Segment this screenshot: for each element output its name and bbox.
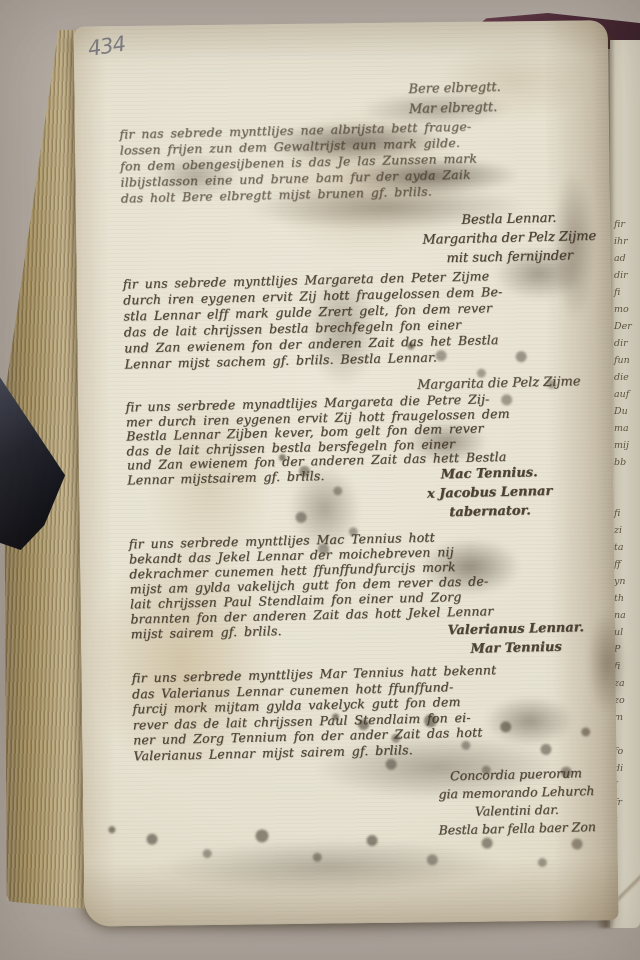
text-line: ma: [614, 420, 640, 437]
text-line: ad: [614, 250, 640, 267]
manuscript-text: Bere elbregtt.Mar elbregtt. fir nas sebr…: [117, 18, 615, 929]
entry-body-1: fir nas sebrede mynttlijes nae albrijsta…: [119, 116, 599, 207]
ink-speckles: [108, 826, 115, 833]
text-line: zi: [614, 522, 640, 539]
entry-heading-albregtt: Bere elbregtt.Mar elbregtt.: [408, 78, 501, 120]
text-line: [614, 488, 640, 505]
text-line: Valerianus Lennar.: [430, 618, 600, 641]
text-line: yn: [614, 573, 640, 590]
text-line: ff: [614, 556, 640, 573]
text-line: tabernator.: [410, 500, 570, 523]
witness-signatures-2: Mac Tennius.x Jacobus Lennartabernator.: [409, 462, 570, 523]
entry-body-5: fir uns serbrede mynttlijes Mar Tennius …: [132, 660, 612, 764]
text-line: mij: [614, 437, 640, 454]
text-line: fi: [614, 284, 640, 301]
text-line: bb: [614, 454, 640, 471]
closing-formula: Concordia puerorumgia memorando LehurchV…: [386, 763, 640, 841]
text-line: Bere elbregtt.: [408, 78, 501, 100]
text-line: auf: [614, 386, 640, 403]
text-line: Mar elbregtt.: [409, 98, 502, 120]
text-line: ta: [614, 539, 640, 556]
manuscript-page: 434 Bere elbregtt.Mar elbregtt. fir nas …: [74, 20, 619, 926]
text-line: die: [614, 369, 640, 386]
witness-signatures-1: Bestla Lennar.Margaritha der Pelz Zijmem…: [421, 208, 597, 269]
text-line: fun: [614, 352, 640, 369]
text-line: dir: [614, 267, 640, 284]
entry-body-2: fir uns sebrede mynttlijes Margareta den…: [123, 266, 603, 373]
text-line: fo: [614, 743, 640, 760]
text-line: [614, 471, 640, 488]
text-line: mit such fernijnder: [422, 246, 597, 269]
text-line: dir: [614, 335, 640, 352]
text-line: Der: [614, 318, 640, 335]
text-line: Du: [614, 403, 640, 420]
witness-signatures-3: Valerianus Lennar.Mar Tennius: [430, 618, 601, 660]
text-line: ihr: [614, 233, 640, 250]
text-line: fi: [614, 505, 640, 522]
text-line: Mar Tennius: [431, 637, 601, 660]
text-line: mo: [614, 301, 640, 318]
text-line: fir: [614, 216, 640, 233]
text-line: x Jacobus Lennar: [409, 481, 569, 504]
manuscript-photo: firihraddirfimoDerdirfundieaufDumamijbb …: [0, 0, 640, 960]
